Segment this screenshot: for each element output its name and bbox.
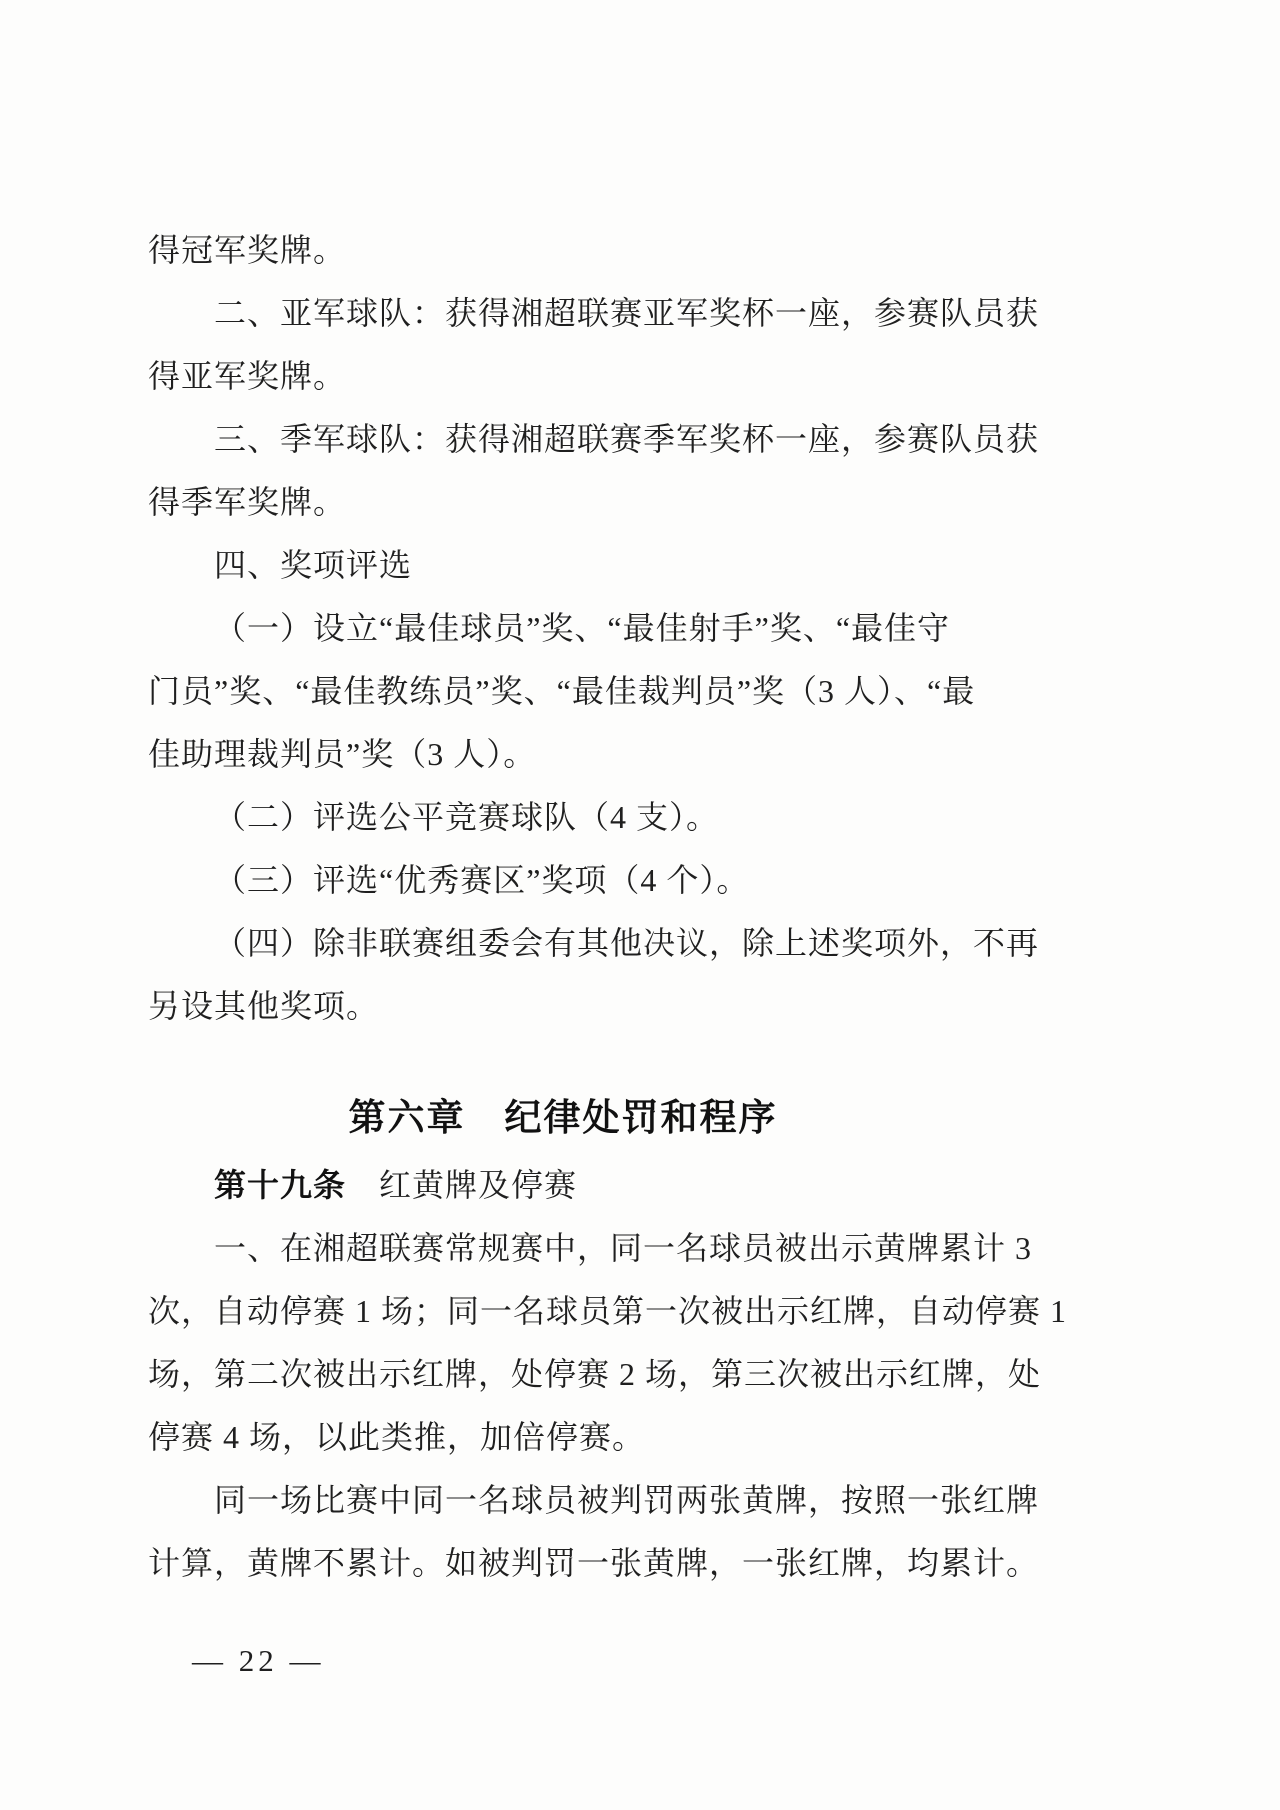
text-line: （三）评选“优秀赛区”奖项（4 个）。	[148, 849, 1063, 912]
text-line: 次，自动停赛 1 场；同一名球员第一次被出示红牌，自动停赛 1	[148, 1280, 1063, 1343]
text-line: 佳助理裁判员”奖（3 人）。	[148, 723, 1063, 786]
text-line: 门员”奖、“最佳教练员”奖、“最佳裁判员”奖（3 人）、“最	[148, 660, 1063, 723]
text-line: 计算，黄牌不累计。如被判罚一张黄牌，一张红牌，均累计。	[148, 1532, 1063, 1595]
article-title: 红黄牌及停赛	[346, 1167, 577, 1203]
document-page: 得冠军奖牌。二、亚军球队：获得湘超联赛亚军奖杯一座，参赛队员获得亚军奖牌。三、季…	[0, 0, 1280, 1810]
chapter-heading: 第六章 纪律处罚和程序	[148, 1086, 978, 1149]
text-line: 第十九条 红黄牌及停赛	[148, 1154, 1063, 1217]
text-line: 三、季军球队：获得湘超联赛季军奖杯一座，参赛队员获	[148, 408, 1063, 471]
text-line: 场，第二次被出示红牌，处停赛 2 场，第三次被出示红牌，处	[148, 1343, 1063, 1406]
text-line: 另设其他奖项。	[148, 975, 1063, 1038]
text-line: 得亚军奖牌。	[148, 345, 1063, 408]
page-number: — 22 —	[192, 1643, 325, 1678]
article-number: 第十九条	[214, 1167, 346, 1203]
text-line: 一、在湘超联赛常规赛中，同一名球员被出示黄牌累计 3	[148, 1217, 1063, 1280]
text-line: （二）评选公平竞赛球队（4 支）。	[148, 786, 1063, 849]
text-line: 四、奖项评选	[148, 534, 1063, 597]
text-line: 得季军奖牌。	[148, 471, 1063, 534]
text-line: 停赛 4 场，以此类推，加倍停赛。	[148, 1406, 1063, 1469]
document-body: 得冠军奖牌。二、亚军球队：获得湘超联赛亚军奖杯一座，参赛队员获得亚军奖牌。三、季…	[148, 219, 1063, 1595]
page-footer: — 22 —	[192, 1638, 325, 1684]
text-line: （一）设立“最佳球员”奖、“最佳射手”奖、“最佳守	[148, 597, 1063, 660]
text-line: （四）除非联赛组委会有其他决议，除上述奖项外，不再	[148, 912, 1063, 975]
text-line: 得冠军奖牌。	[148, 219, 1063, 282]
text-line: 二、亚军球队：获得湘超联赛亚军奖杯一座，参赛队员获	[148, 282, 1063, 345]
text-line: 同一场比赛中同一名球员被判罚两张黄牌，按照一张红牌	[148, 1469, 1063, 1532]
